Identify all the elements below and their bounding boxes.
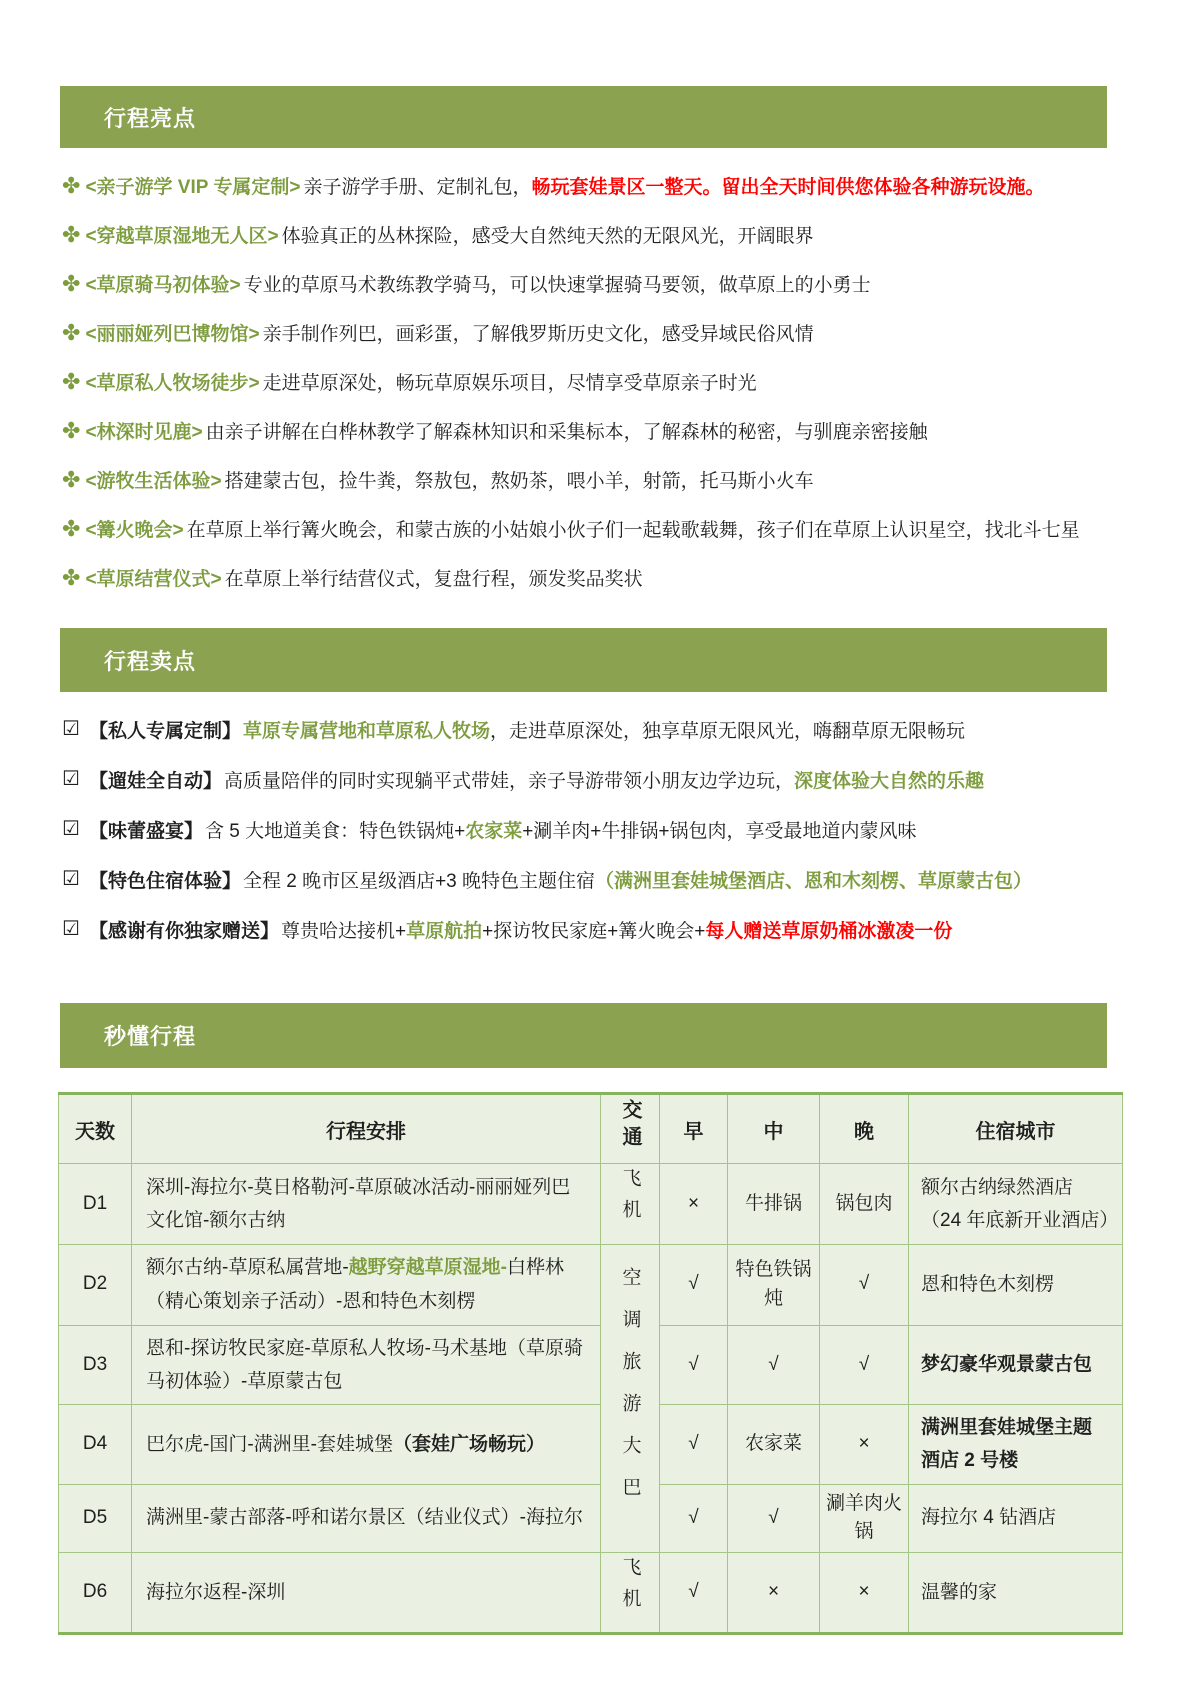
sellpoint-item: ☑【遛娃全自动】高质量陪伴的同时实现躺平式带娃，亲子导游带领小朋友边学边玩，深度… <box>62 754 1152 804</box>
highlight-item: ✤<丽丽娅列巴博物馆>亲手制作列巴，画彩蛋，了解俄罗斯历史文化，感受异域民俗风情 <box>62 308 1152 357</box>
highlights-list: ✤<亲子游学 VIP 专属定制>亲子游学手册、定制礼包，畅玩套娃景区一整天。留出… <box>62 161 1152 602</box>
clover-icon: ✤ <box>62 420 80 442</box>
checkbox-icon: ☑ <box>62 769 80 789</box>
dinner-cell: √ <box>820 1244 909 1325</box>
transport-cell: 空调旅游大巴 <box>601 1244 660 1552</box>
hotel-cell: 额尔古纳绿然酒店（24 年底新开业酒店） <box>909 1164 1123 1245</box>
sellpoint-text: 草原专属营地和草原私人牧场 <box>243 716 490 743</box>
highlight-text: 畅玩套娃景区一整天。留出全天时间供您体验各种游玩设施。 <box>531 172 1044 199</box>
sellpoint-text: 含 5 大地道美食：特色铁锅炖+ <box>205 816 465 843</box>
hotel-cell: 温馨的家 <box>909 1552 1123 1634</box>
highlight-item: ✤<穿越草原湿地无人区>体验真正的丛林探险，感受大自然纯天然的无限风光，开阔眼界 <box>62 210 1152 259</box>
highlight-label: <亲子游学 VIP 专属定制> <box>85 172 300 199</box>
sellpoint-prefix: 【遛娃全自动】 <box>89 766 222 793</box>
column-header: 中 <box>728 1094 820 1164</box>
column-header: 行程安排 <box>132 1094 601 1164</box>
dinner-cell: √ <box>820 1325 909 1405</box>
transport-cell: 飞机 <box>601 1164 660 1245</box>
dinner-cell: × <box>820 1405 909 1485</box>
highlight-text: 由亲子讲解在白桦林教学了解森林知识和采集标本，了解森林的秘密，与驯鹿亲密接触 <box>206 417 928 444</box>
highlight-label: <林深时见鹿> <box>85 417 202 444</box>
column-header-vertical: 交通 <box>620 1099 640 1153</box>
highlight-item: ✤<篝火晚会>在草原上举行篝火晚会，和蒙古族的小姑娘小伙子们一起载歌载舞，孩子们… <box>62 504 1152 553</box>
hotel-text: 梦幻豪华观景蒙古包 <box>921 1354 1092 1375</box>
dinner-cell: 涮羊肉火锅 <box>820 1484 909 1552</box>
table-header-row: 天数行程安排交通早中晚住宿城市 <box>59 1094 1123 1164</box>
section-bar-quick-view: 秒懂行程 <box>60 1003 1107 1068</box>
itinerary-page: 行程亮点 ✤<亲子游学 VIP 专属定制>亲子游学手册、定制礼包，畅玩套娃景区一… <box>0 0 1190 1683</box>
hotel-text: 温馨的家 <box>921 1582 997 1603</box>
highlight-label: <丽丽娅列巴博物馆> <box>85 319 259 346</box>
highlight-text: 在草原上举行结营仪式，复盘行程，颁发奖品奖状 <box>225 564 643 591</box>
highlight-label: <草原结营仪式> <box>85 564 221 591</box>
checkbox-icon: ☑ <box>62 819 80 839</box>
hotel-text: 满洲里套娃城堡主题酒店 2 号楼 <box>921 1417 1092 1471</box>
day-cell: D6 <box>59 1552 132 1634</box>
sellpoints-list: ☑【私人专属定制】草原专属营地和草原私人牧场，走进草原深处，独享草原无限风光，嗨… <box>62 704 1152 954</box>
hotel-text: 海拉尔 4 钻酒店 <box>921 1507 1056 1528</box>
sellpoint-text: 尊贵哈达接机+ <box>281 916 406 943</box>
hotel-text: 额尔古纳绿然酒店（24 年底新开业酒店） <box>921 1177 1118 1231</box>
clover-icon: ✤ <box>62 175 80 197</box>
plan-text: 满洲里-蒙古部落-呼和诺尔景区（结业仪式）-海拉尔 <box>146 1507 583 1528</box>
lunch-cell: 特色铁锅炖 <box>728 1244 820 1325</box>
lunch-cell: 农家菜 <box>728 1405 820 1485</box>
breakfast-cell: √ <box>660 1244 728 1325</box>
section-title-sellpoints: 行程卖点 <box>104 645 196 676</box>
highlight-text: 走进草原深处，畅玩草原娱乐项目，尽情享受草原亲子时光 <box>263 368 757 395</box>
lunch-cell: 牛排锅 <box>728 1164 820 1245</box>
breakfast-cell: × <box>660 1164 728 1245</box>
plan-text: 深圳-海拉尔-莫日格勒河-草原破冰活动-丽丽娅列巴文化馆-额尔古纳 <box>146 1177 570 1231</box>
highlight-text: 体验真正的丛林探险，感受大自然纯天然的无限风光，开阔眼界 <box>282 221 814 248</box>
day-cell: D2 <box>59 1244 132 1325</box>
table-row: D2额尔古纳-草原私属营地-越野穿越草原湿地-白桦林（精心策划亲子活动）-恩和特… <box>59 1244 1123 1325</box>
clover-icon: ✤ <box>62 518 80 540</box>
clover-icon: ✤ <box>62 273 80 295</box>
transport-text: 飞机 <box>621 1168 640 1230</box>
plan-text: 额尔古纳-草原私属营地- <box>146 1257 349 1278</box>
sellpoint-prefix: 【感谢有你独家赠送】 <box>89 916 279 943</box>
clover-icon: ✤ <box>62 469 80 491</box>
highlight-item: ✤<游牧生活体验>搭建蒙古包，捡牛粪，祭敖包，熬奶茶，喂小羊，射箭，托马斯小火车 <box>62 455 1152 504</box>
lunch-cell: × <box>728 1552 820 1634</box>
clover-icon: ✤ <box>62 322 80 344</box>
section-title-highlights: 行程亮点 <box>104 102 196 133</box>
hotel-cell: 梦幻豪华观景蒙古包 <box>909 1325 1123 1405</box>
column-header: 晚 <box>820 1094 909 1164</box>
sellpoint-text: 高质量陪伴的同时实现躺平式带娃，亲子导游带领小朋友边学边玩， <box>224 766 794 793</box>
table-row: D4巴尔虎-国门-满洲里-套娃城堡（套娃广场畅玩）√农家菜×满洲里套娃城堡主题酒… <box>59 1405 1123 1485</box>
lunch-cell: √ <box>728 1484 820 1552</box>
sellpoint-prefix: 【私人专属定制】 <box>89 716 241 743</box>
sellpoint-prefix: 【味蕾盛宴】 <box>89 816 203 843</box>
column-header: 早 <box>660 1094 728 1164</box>
section-bar-sellpoints: 行程卖点 <box>60 628 1107 692</box>
highlight-label: <篝火晚会> <box>85 515 183 542</box>
sellpoint-item: ☑【味蕾盛宴】含 5 大地道美食：特色铁锅炖+农家菜+涮羊肉+牛排锅+锅包肉，享… <box>62 804 1152 854</box>
highlight-item: ✤<草原私人牧场徒步>走进草原深处，畅玩草原娱乐项目，尽情享受草原亲子时光 <box>62 357 1152 406</box>
clover-icon: ✤ <box>62 371 80 393</box>
plan-text: 海拉尔返程-深圳 <box>146 1582 285 1603</box>
highlight-label: <游牧生活体验> <box>85 466 221 493</box>
sellpoint-text: 农家菜 <box>465 816 522 843</box>
checkbox-icon: ☑ <box>62 869 80 889</box>
dinner-cell: × <box>820 1552 909 1634</box>
plan-cell: 深圳-海拉尔-莫日格勒河-草原破冰活动-丽丽娅列巴文化馆-额尔古纳 <box>132 1164 601 1245</box>
highlight-item: ✤<亲子游学 VIP 专属定制>亲子游学手册、定制礼包，畅玩套娃景区一整天。留出… <box>62 161 1152 210</box>
day-cell: D1 <box>59 1164 132 1245</box>
highlight-label: <草原骑马初体验> <box>85 270 240 297</box>
highlight-item: ✤<林深时见鹿>由亲子讲解在白桦林教学了解森林知识和采集标本，了解森林的秘密，与… <box>62 406 1152 455</box>
day-cell: D5 <box>59 1484 132 1552</box>
itinerary-table: 天数行程安排交通早中晚住宿城市 D1深圳-海拉尔-莫日格勒河-草原破冰活动-丽丽… <box>58 1092 1123 1635</box>
day-cell: D3 <box>59 1325 132 1405</box>
sellpoint-text: +涮羊肉+牛排锅+锅包肉，享受最地道内蒙风味 <box>522 816 916 843</box>
column-header: 交通 <box>601 1094 660 1164</box>
sellpoint-item: ☑【感谢有你独家赠送】尊贵哈达接机+草原航拍+探访牧民家庭+篝火晚会+每人赠送草… <box>62 904 1152 954</box>
highlight-text: 亲子游学手册、定制礼包， <box>303 172 531 199</box>
hotel-cell: 海拉尔 4 钻酒店 <box>909 1484 1123 1552</box>
day-cell: D4 <box>59 1405 132 1485</box>
highlight-text: 亲手制作列巴，画彩蛋，了解俄罗斯历史文化，感受异域民俗风情 <box>263 319 814 346</box>
transport-text: 空调旅游大巴 <box>621 1267 640 1519</box>
table-row: D6海拉尔返程-深圳飞机√××温馨的家 <box>59 1552 1123 1634</box>
hotel-text: 恩和特色木刻楞 <box>921 1274 1054 1295</box>
sellpoint-text: 深度体验大自然的乐趣 <box>794 766 984 793</box>
breakfast-cell: √ <box>660 1325 728 1405</box>
sellpoint-text: 每人赠送草原奶桶冰激凌一份 <box>705 916 952 943</box>
highlight-label: <草原私人牧场徒步> <box>85 368 259 395</box>
column-header: 住宿城市 <box>909 1094 1123 1164</box>
section-title-quick-view: 秒懂行程 <box>104 1020 196 1051</box>
sellpoint-item: ☑【特色住宿体验】全程 2 晚市区星级酒店+3 晚特色主题住宿（满洲里套娃城堡酒… <box>62 854 1152 904</box>
table-row: D3恩和-探访牧民家庭-草原私人牧场-马术基地（草原骑马初体验）-草原蒙古包√√… <box>59 1325 1123 1405</box>
sellpoint-item: ☑【私人专属定制】草原专属营地和草原私人牧场，走进草原深处，独享草原无限风光，嗨… <box>62 704 1152 754</box>
table-row: D5满洲里-蒙古部落-呼和诺尔景区（结业仪式）-海拉尔√√涮羊肉火锅海拉尔 4 … <box>59 1484 1123 1552</box>
plan-cell: 满洲里-蒙古部落-呼和诺尔景区（结业仪式）-海拉尔 <box>132 1484 601 1552</box>
highlight-item: ✤<草原骑马初体验>专业的草原马术教练教学骑马，可以快速掌握骑马要领，做草原上的… <box>62 259 1152 308</box>
sellpoint-text: ，走进草原深处，独享草原无限风光，嗨翻草原无限畅玩 <box>490 716 965 743</box>
highlight-item: ✤<草原结营仪式>在草原上举行结营仪式，复盘行程，颁发奖品奖状 <box>62 553 1152 602</box>
transport-cell: 飞机 <box>601 1552 660 1634</box>
checkbox-icon: ☑ <box>62 919 80 939</box>
breakfast-cell: √ <box>660 1484 728 1552</box>
plan-text: 恩和-探访牧民家庭-草原私人牧场-马术基地（草原骑马初体验）-草原蒙古包 <box>146 1338 583 1392</box>
clover-icon: ✤ <box>62 567 80 589</box>
sellpoint-text: 草原航拍 <box>406 916 482 943</box>
column-header: 天数 <box>59 1094 132 1164</box>
checkbox-icon: ☑ <box>62 719 80 739</box>
breakfast-cell: √ <box>660 1552 728 1634</box>
plan-text: 巴尔虎-国门-满洲里-套娃城堡 <box>146 1434 393 1455</box>
highlight-text: 专业的草原马术教练教学骑马，可以快速掌握骑马要领，做草原上的小勇士 <box>244 270 871 297</box>
highlight-text: 搭建蒙古包，捡牛粪，祭敖包，熬奶茶，喂小羊，射箭，托马斯小火车 <box>225 466 814 493</box>
sellpoint-prefix: 【特色住宿体验】 <box>89 866 241 893</box>
section-bar-highlights: 行程亮点 <box>60 86 1107 148</box>
lunch-cell: √ <box>728 1325 820 1405</box>
highlight-text: 在草原上举行篝火晚会，和蒙古族的小姑娘小伙子们一起载歌载舞，孩子们在草原上认识星… <box>187 515 1080 542</box>
breakfast-cell: √ <box>660 1405 728 1485</box>
clover-icon: ✤ <box>62 224 80 246</box>
sellpoint-text: 全程 2 晚市区星级酒店+3 晚特色主题住宿 <box>243 866 595 893</box>
sellpoint-text: （满洲里套娃城堡酒店、恩和木刻楞、草原蒙古包） <box>595 866 1032 893</box>
plan-cell: 恩和-探访牧民家庭-草原私人牧场-马术基地（草原骑马初体验）-草原蒙古包 <box>132 1325 601 1405</box>
plan-cell: 海拉尔返程-深圳 <box>132 1552 601 1634</box>
sellpoint-text: +探访牧民家庭+篝火晚会+ <box>482 916 705 943</box>
plan-text: 越野穿越草原湿地- <box>349 1257 507 1278</box>
highlight-label: <穿越草原湿地无人区> <box>85 221 278 248</box>
transport-text: 飞机 <box>621 1557 640 1619</box>
hotel-cell: 满洲里套娃城堡主题酒店 2 号楼 <box>909 1405 1123 1485</box>
plan-cell: 巴尔虎-国门-满洲里-套娃城堡（套娃广场畅玩） <box>132 1405 601 1485</box>
hotel-cell: 恩和特色木刻楞 <box>909 1244 1123 1325</box>
plan-cell: 额尔古纳-草原私属营地-越野穿越草原湿地-白桦林（精心策划亲子活动）-恩和特色木… <box>132 1244 601 1325</box>
table-row: D1深圳-海拉尔-莫日格勒河-草原破冰活动-丽丽娅列巴文化馆-额尔古纳飞机×牛排… <box>59 1164 1123 1245</box>
dinner-cell: 锅包肉 <box>820 1164 909 1245</box>
plan-text: （套娃广场畅玩） <box>393 1434 545 1455</box>
